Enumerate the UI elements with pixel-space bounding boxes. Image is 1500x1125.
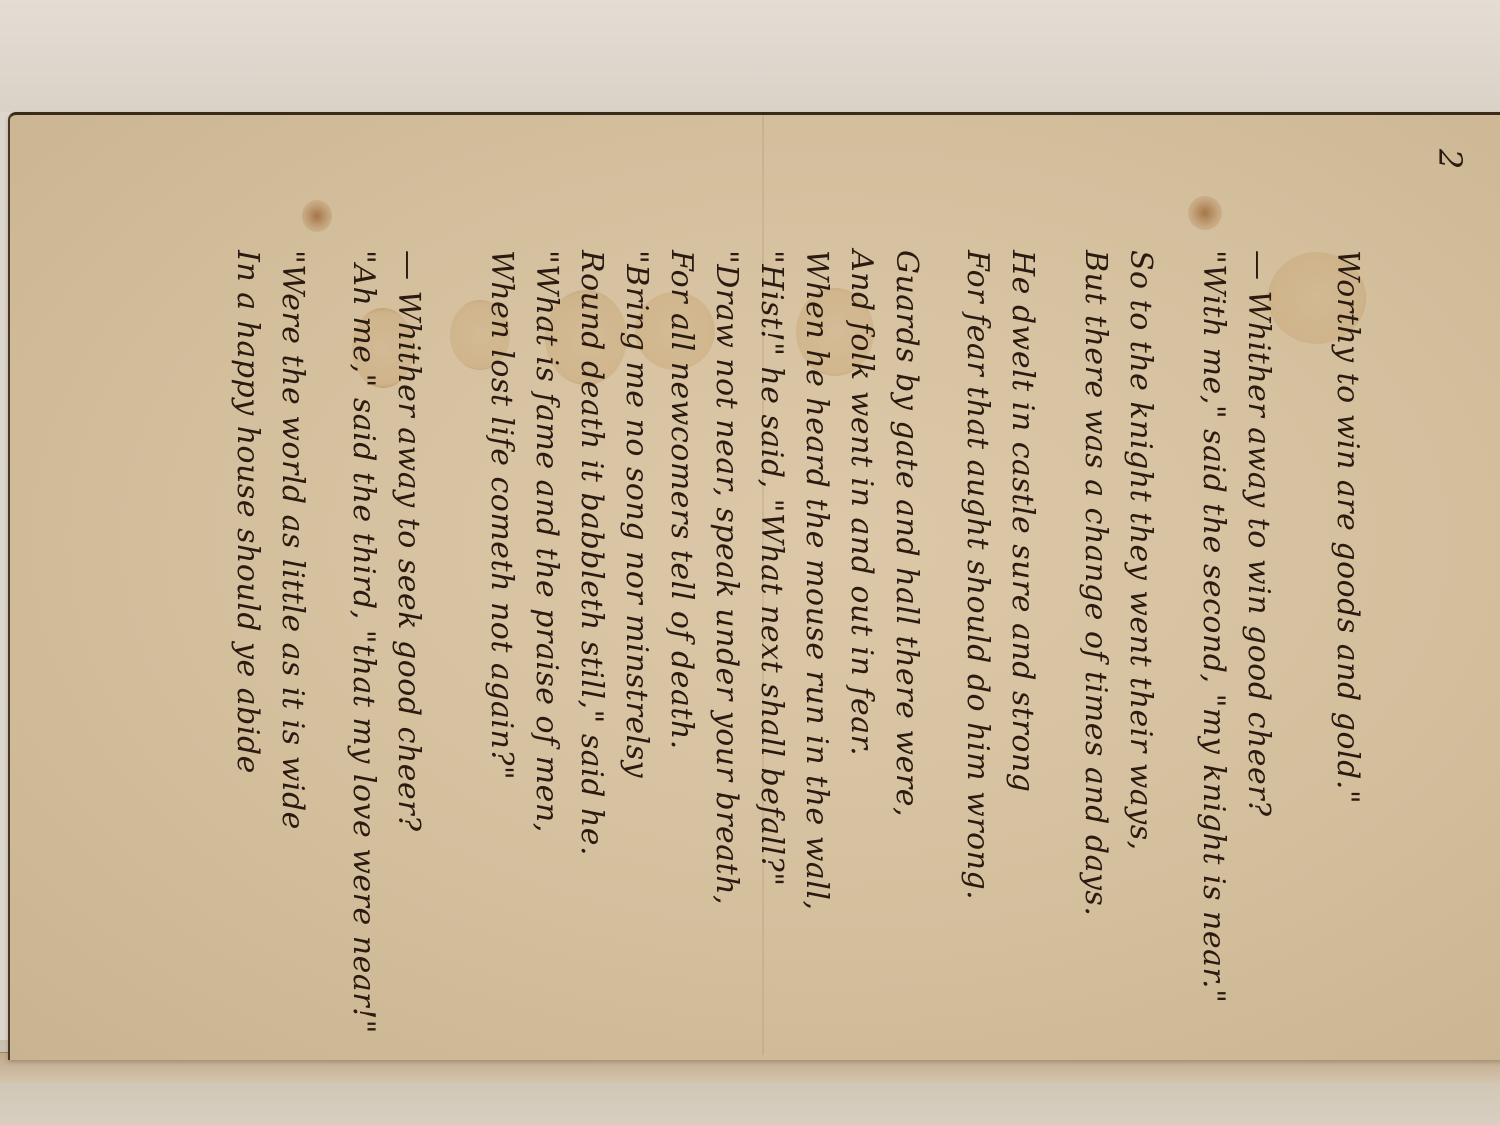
stanza: "Draw not near, speak under your breath,… [659, 250, 749, 1070]
poem-line: "Bring me no song nor minstrelsy [614, 250, 659, 1070]
stanza: "Were the world as little as it is wide … [225, 250, 315, 1070]
poem-line: So to the knight they went their ways, [1118, 250, 1163, 1070]
poem-line: In a happy house should ye abide [225, 250, 270, 1070]
poem-line: Worthy to win are goods and gold." [1325, 250, 1370, 1070]
poem-line: "What is fame and the praise of men, [524, 250, 569, 1070]
stanza: Worthy to win are goods and gold." [1325, 250, 1370, 1070]
poem-line: He dwelt in castle sure and strong [1000, 250, 1045, 1070]
poem-line: For all newcomers tell of death. [659, 250, 704, 1070]
poem-line: "Ah me," said the third, "that my love w… [341, 250, 386, 1070]
backdrop-top [0, 0, 1500, 112]
poem-line: "Hist!" he said, "What next shall befall… [749, 250, 794, 1070]
poem-line: But there was a change of times and days… [1073, 250, 1118, 1070]
ink-spot [1188, 196, 1222, 230]
page-number: 2 [1431, 149, 1469, 169]
poem-line: For fear that aught should do him wrong. [955, 250, 1000, 1070]
poem-line: "With me," said the second, "my knight i… [1191, 250, 1236, 1070]
stanza: When he heard the mouse run in the wall,… [749, 250, 839, 1070]
poem-line: — Whither away to seek good cheer? [386, 250, 431, 1070]
stanza: — Whither away to win good cheer? "With … [1191, 250, 1281, 1070]
stanza: So to the knight they went their ways, B… [1073, 250, 1163, 1070]
poem-line: And folk went in and out in fear. [839, 250, 884, 1070]
ink-spot [302, 200, 332, 232]
stanza: He dwelt in castle sure and strong For f… [955, 250, 1045, 1070]
stanza: "Bring me no song nor minstrelsy Round d… [569, 250, 659, 1070]
poem-text: Worthy to win are goods and gold." — Whi… [225, 250, 1370, 1070]
stanza: — Whither away to seek good cheer? "Ah m… [341, 250, 431, 1070]
poem-line: When he heard the mouse run in the wall, [794, 250, 839, 1070]
poem-line: Round death it babbleth still," said he. [569, 250, 614, 1070]
stanza: "What is fame and the praise of men, Whe… [479, 250, 569, 1070]
poem-line: When lost life cometh not again?" [479, 250, 524, 1070]
poem-line: — Whither away to win good cheer? [1236, 250, 1281, 1070]
poem-line: Guards by gate and hall there were, [884, 250, 929, 1070]
poem-line: "Draw not near, speak under your breath, [704, 250, 749, 1070]
stanza: Guards by gate and hall there were, And … [839, 250, 929, 1070]
poem-line: "Were the world as little as it is wide [270, 250, 315, 1070]
